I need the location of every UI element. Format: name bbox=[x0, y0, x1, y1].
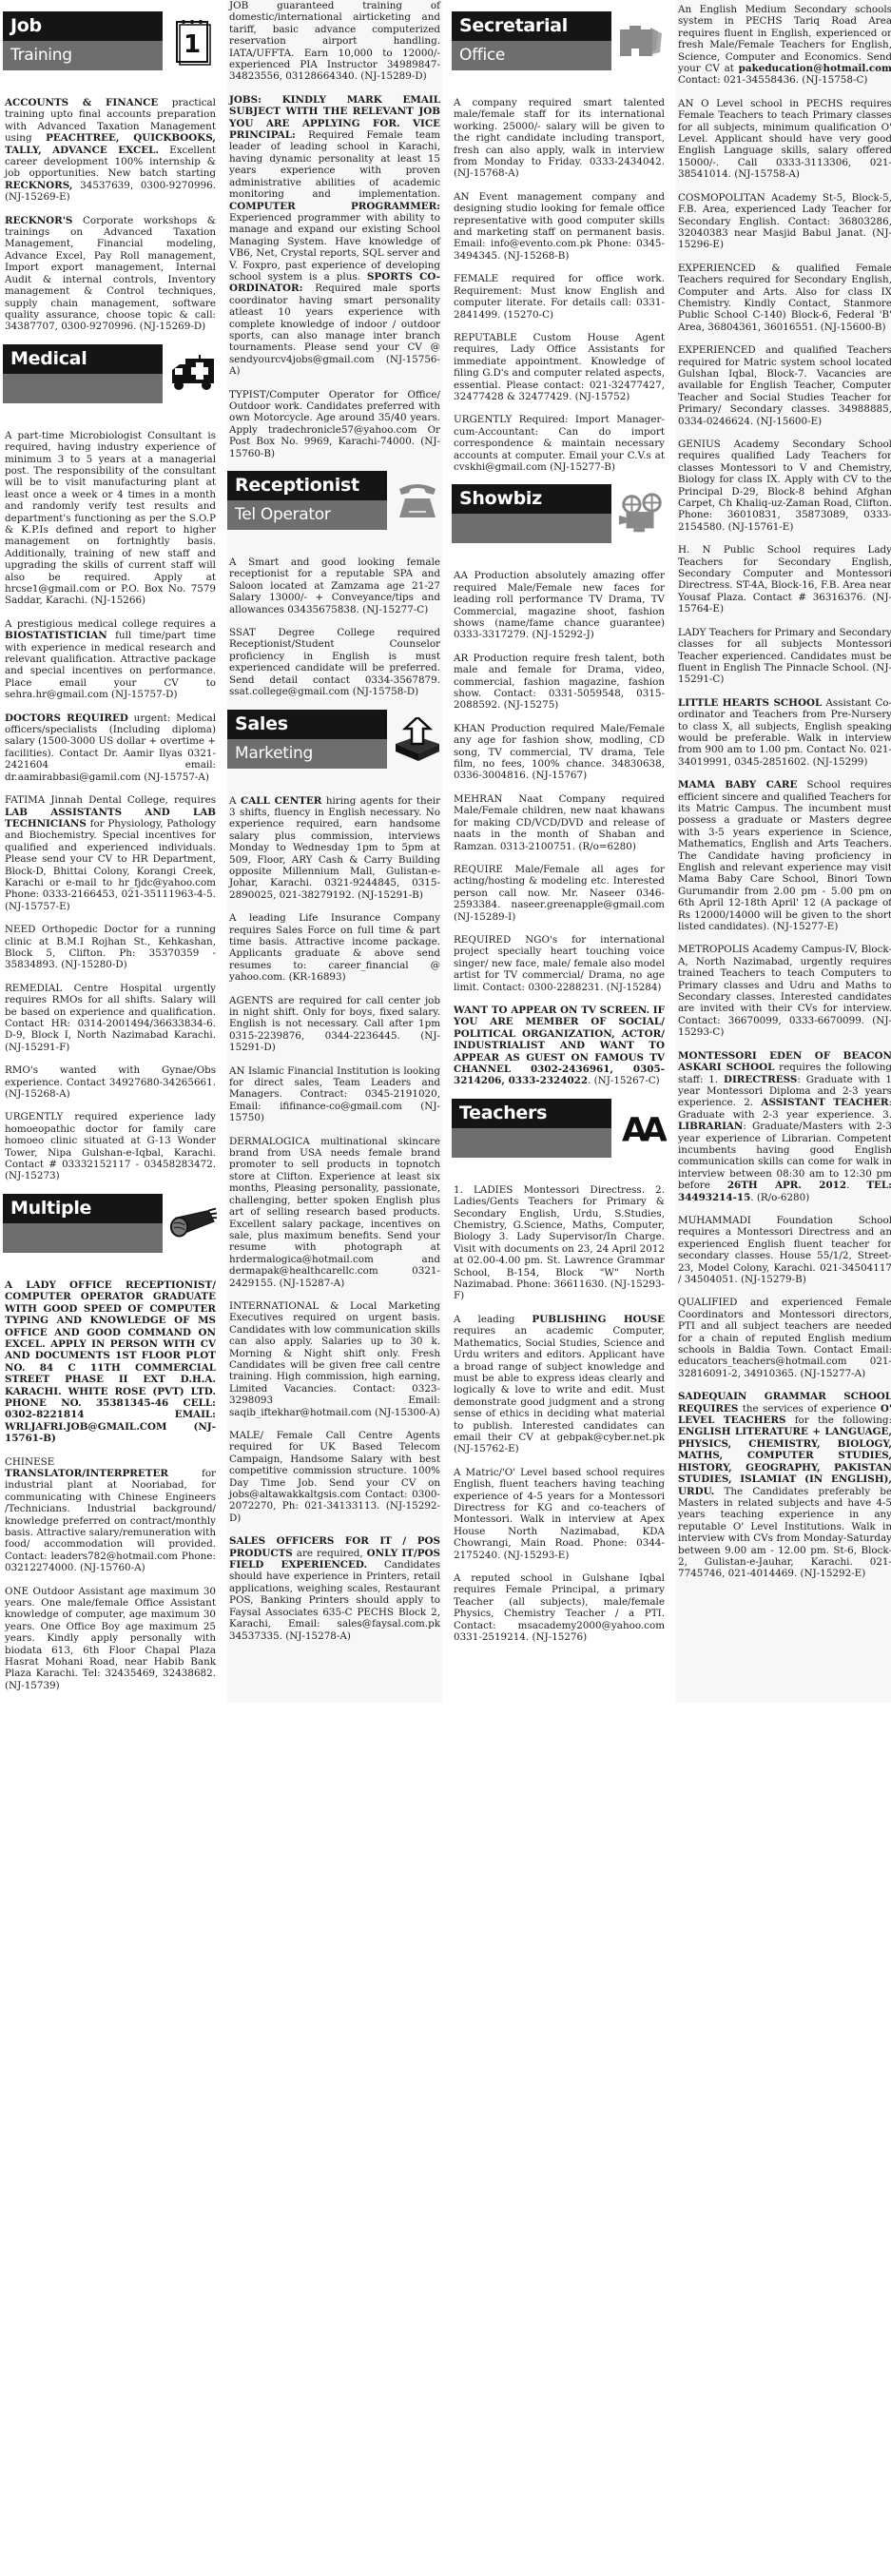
ad-pinnacle-school: LADY Teachers for Primary and Secondary … bbox=[676, 627, 891, 686]
section-subtitle bbox=[3, 374, 163, 403]
classified-jobs-page: Job Training 1 ACCOUNTS & FINANCE practi… bbox=[0, 0, 891, 1703]
ad-custom-house-agent: REPUTABLE Custom House Agent requires, L… bbox=[452, 332, 667, 402]
section-title: Multiple bbox=[3, 1194, 163, 1223]
ad-dermalogica: DERMALOGICA multinational skincare brand… bbox=[227, 1136, 442, 1289]
ad-accounts-finance: ACCOUNTS & FINANCE practical training up… bbox=[3, 97, 218, 204]
ad-ssat-college: SSAT Degree College required Receptionis… bbox=[227, 627, 442, 697]
ad-typist-computer-operator: TYPIST/Computer Operator for Office/ Out… bbox=[227, 389, 442, 459]
ad-recknors-workshops: RECKNOR'S Corporate workshops & training… bbox=[3, 215, 218, 333]
ad-apex-house-school: A Matric/'O' Level based school requires… bbox=[452, 1467, 667, 1561]
ad-fatima-jinnah-dental: FATIMA Jinnah Dental College, requires L… bbox=[3, 794, 218, 912]
ad-remedial-centre: REMEDIAL Centre Hospital urgently requir… bbox=[3, 983, 218, 1053]
ad-english-medium-pechs: An English Medium Secondary schools syst… bbox=[676, 4, 891, 87]
ad-ngo-singers: REQUIRED NGO's for international project… bbox=[452, 934, 667, 993]
ad-sadequain-grammar: SADEQUAIN GRAMMAR SCHOOL REQUIRES the se… bbox=[676, 1391, 891, 1580]
ad-publishing-house: A leading PUBLISHING HOUSE requires an a… bbox=[452, 1314, 667, 1455]
letters-aa-icon: AA bbox=[617, 1103, 667, 1153]
ad-mama-baby-care: MAMA BABY CARE School requires efficient… bbox=[676, 779, 891, 932]
ad-stanmore-public-school: EXPERIENCED & qualified Female Teachers … bbox=[676, 263, 891, 333]
ad-international-staff: A company required smart talented male/f… bbox=[452, 97, 667, 180]
ad-gulshan-matric-school: EXPERIENCED and qualified Teachers requi… bbox=[676, 344, 891, 427]
ad-uk-telecom-agents: MALE/ Female Call Centre Agents required… bbox=[227, 1430, 442, 1524]
column-4: An English Medium Secondary schools syst… bbox=[676, 0, 891, 1703]
section-subtitle: Marketing bbox=[227, 739, 387, 769]
ad-outdoor-assistant: ONE Outdoor Assistant age maximum 30 yea… bbox=[3, 1586, 218, 1692]
ad-islamic-financial: AN Islamic Financial Institution is look… bbox=[227, 1065, 442, 1124]
section-title: Sales bbox=[227, 710, 387, 739]
section-header-job-training: Job Training 1 bbox=[3, 11, 218, 70]
ad-little-hearts-school: LITTLE HEARTS SCHOOL Assistant Co-ordina… bbox=[676, 697, 891, 768]
section-header-medical: Medical bbox=[3, 344, 218, 403]
section-title: Showbiz bbox=[452, 484, 611, 514]
ad-marketing-executives: INTERNATIONAL & Local Marketing Executiv… bbox=[227, 1300, 442, 1418]
ad-hn-public-school: H. N Public School requires Lady Teacher… bbox=[676, 544, 891, 615]
section-subtitle: Tel Operator bbox=[227, 500, 387, 530]
ad-school-jobs: JOBS: KINDLY MARK EMAIL SUBJECT WITH THE… bbox=[227, 94, 442, 378]
section-subtitle bbox=[452, 1128, 611, 1158]
ad-call-center: A CALL CENTER hiring agents for their 3 … bbox=[227, 795, 442, 902]
ad-life-insurance: A leading Life Insurance Company require… bbox=[227, 912, 442, 983]
ad-orthopedic-doctor: NEED Orthopedic Doctor for a running cli… bbox=[3, 924, 218, 971]
ad-st-lawrence-grammar: 1. LADIES Montessori Directress. 2. Ladi… bbox=[452, 1184, 667, 1302]
ambulance-icon bbox=[168, 349, 218, 399]
newspaper-roll-icon bbox=[168, 1199, 218, 1248]
ad-cosmopolitan-academy: COSMOPOLITAN Academy St-5, Block-5, F.B.… bbox=[676, 192, 891, 251]
film-projector-icon bbox=[617, 489, 667, 538]
section-title: Receptionist bbox=[227, 471, 387, 500]
ad-event-management: AN Event management company and designin… bbox=[452, 191, 667, 262]
section-header-receptionist: Receptionist Tel Operator bbox=[227, 471, 442, 530]
ad-microbiologist: A part-time Microbiologist Consultant is… bbox=[3, 430, 218, 607]
ad-sales-officers-it-pos: SALES OFFICERS FOR IT / POS PRODUCTS are… bbox=[227, 1535, 442, 1642]
ad-tv-screen: WANT TO APPEAR ON TV SCREEN. IF YOU ARE … bbox=[452, 1005, 667, 1087]
ad-homoeopathic-doctor: URGENTLY required experience lady homoeo… bbox=[3, 1111, 218, 1181]
telephone-icon bbox=[393, 476, 442, 525]
ad-import-manager: URGENTLY Required: Import Manager-cum-Ac… bbox=[452, 414, 667, 473]
upload-box-icon bbox=[393, 714, 442, 764]
section-header-secretarial: Secretarial Office bbox=[452, 11, 667, 70]
column-3: Secretarial Office A company required sm… bbox=[452, 0, 667, 1703]
column-2: JOB guaranteed training of domestic/inte… bbox=[227, 0, 442, 1703]
ad-ar-production: AR Production require fresh talent, both… bbox=[452, 653, 667, 712]
ad-acting-hosting: REQUIRE Male/Female all ages for acting/… bbox=[452, 864, 667, 923]
ad-mehran-naat: MEHRAN Naat Company required Male/Female… bbox=[452, 793, 667, 852]
ad-lady-receptionist: A LADY OFFICE RECEPTIONIST/ COMPUTER OPE… bbox=[3, 1279, 218, 1445]
ad-khan-production: KHAN Production required Male/Female any… bbox=[452, 723, 667, 782]
folder-stack-icon bbox=[617, 16, 667, 66]
section-header-showbiz: Showbiz bbox=[452, 484, 667, 543]
section-header-sales: Sales Marketing bbox=[227, 710, 442, 769]
section-subtitle: Office bbox=[452, 41, 611, 70]
ad-montessori-eden-beacon: MONTESSORI EDEN OF BEACON ASKARI SCHOOL … bbox=[676, 1050, 891, 1203]
ad-o-level-pechs: AN O Level school in PECHS requires Fema… bbox=[676, 98, 891, 181]
ad-genius-academy: GENIUS Academy Secondary School requires… bbox=[676, 439, 891, 533]
ad-rmo-gynae: RMO's wanted with Gynae/Obs experience. … bbox=[3, 1064, 218, 1100]
ad-aa-production: AA Production absolutely amazing offer r… bbox=[452, 570, 667, 640]
ad-female-office-work: FEMALE required for office work. Require… bbox=[452, 273, 667, 321]
section-header-teachers: Teachers AA bbox=[452, 1099, 667, 1158]
svg-text:1: 1 bbox=[184, 30, 201, 59]
column-1: Job Training 1 ACCOUNTS & FINANCE practi… bbox=[3, 0, 218, 1703]
calendar-icon: 1 bbox=[168, 16, 218, 66]
ad-gulshane-iqbal-school: A reputed school in Gulshane Iqbal requi… bbox=[452, 1572, 667, 1643]
ad-biostatistician: A prestigious medical college requires a… bbox=[3, 618, 218, 701]
section-subtitle: Training bbox=[3, 41, 163, 70]
section-title: Secretarial bbox=[452, 11, 611, 41]
ad-airticketing-training: JOB guaranteed training of domestic/inte… bbox=[227, 0, 442, 83]
ad-call-center-agents: AGENTS are required for call center job … bbox=[227, 995, 442, 1054]
section-subtitle bbox=[3, 1223, 163, 1253]
svg-text:AA: AA bbox=[622, 1111, 667, 1147]
ad-baldia-town-schools: QUALIFIED and experienced Female Coordin… bbox=[676, 1297, 891, 1379]
section-subtitle bbox=[452, 514, 611, 543]
ad-doctors-required: DOCTORS REQUIRED urgent: Medical officer… bbox=[3, 712, 218, 783]
ad-chinese-translator: CHINESE TRANSLATOR/INTERPRETER for indus… bbox=[3, 1456, 218, 1574]
section-title: Medical bbox=[3, 344, 163, 374]
section-title: Teachers bbox=[452, 1099, 611, 1128]
section-title: Job bbox=[3, 11, 163, 41]
ad-spa-receptionist: A Smart and good looking female receptio… bbox=[227, 556, 442, 615]
ad-metropolis-academy: METROPOLIS Academy Campus-IV, Block-A, N… bbox=[676, 944, 891, 1038]
section-header-multiple: Multiple bbox=[3, 1194, 218, 1253]
ad-muhammadi-foundation: MUHAMMADI Foundation School requires a M… bbox=[676, 1215, 891, 1285]
